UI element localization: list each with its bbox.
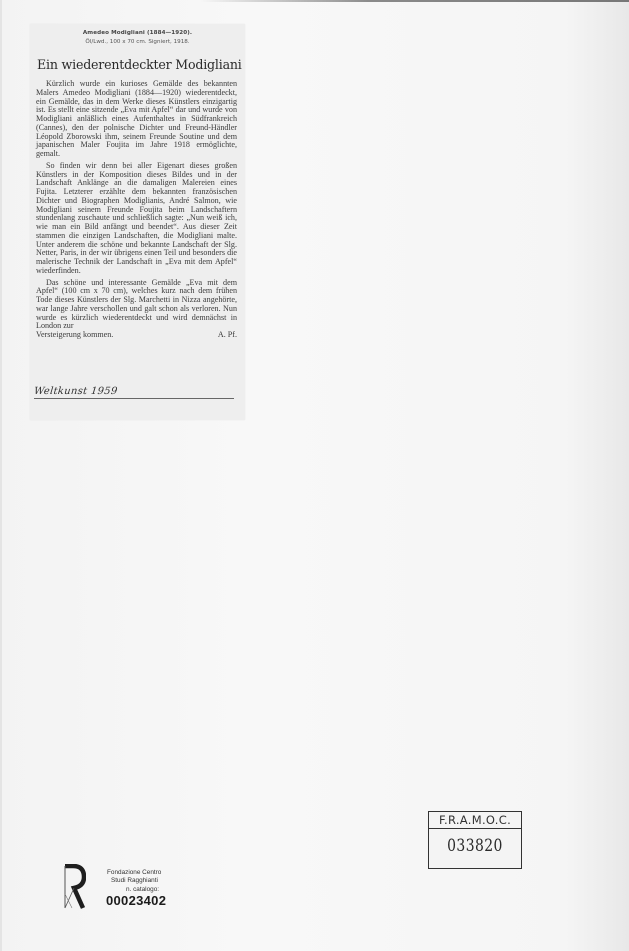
framoc-stamp: F.R.A.M.O.C. 033820 — [428, 811, 522, 869]
image-caption-details: Öl/Lwd., 100 x 70 cm. Signiert, 1918. — [30, 39, 245, 45]
article-paragraph: Kürzlich wurde ein kurioses Gemälde des … — [36, 80, 237, 159]
article-paragraph: So finden wir denn bei aller Eigenart di… — [36, 162, 237, 276]
page-top-edge-shadow — [200, 0, 629, 2]
article-paragraph: Das schöne und interessante Gemälde „Eva… — [36, 279, 237, 332]
article-headline: Ein wiederentdeckter Modigliani — [37, 57, 240, 72]
article-paragraph-text: Das schöne und interessante Gemälde „Eva… — [36, 278, 237, 331]
image-caption-title: Amedeo Modigliani (1884—1920). — [30, 30, 245, 36]
ragghianti-logo-icon — [62, 864, 86, 910]
page-left-edge — [0, 0, 2, 951]
article-closing-line: Versteigerung kommen. A. Pf. — [36, 331, 237, 340]
catalog-number: 00023402 — [106, 893, 166, 908]
article-body: Kürzlich wurde ein kurioses Gemälde des … — [36, 80, 237, 340]
catalog-number-label: n. catalogo: — [126, 886, 159, 893]
article-last-line: Versteigerung kommen. — [36, 331, 113, 340]
ragghianti-stamp: Fondazione Centro Studi Ragghianti n. ca… — [62, 860, 177, 912]
ragghianti-foundation-subname: Studi Ragghianti — [111, 877, 158, 884]
handwritten-source-note: Weltkunst 1959 — [33, 386, 118, 397]
handwritten-underline — [34, 398, 234, 399]
ragghianti-foundation-name: Fondazione Centro — [107, 869, 161, 876]
framoc-number: 033820 — [437, 836, 512, 856]
author-initials: A. Pf. — [218, 331, 237, 340]
framoc-label: F.R.A.M.O.C. — [429, 812, 521, 829]
newspaper-clipping: Amedeo Modigliani (1884—1920). Öl/Lwd., … — [30, 24, 245, 420]
